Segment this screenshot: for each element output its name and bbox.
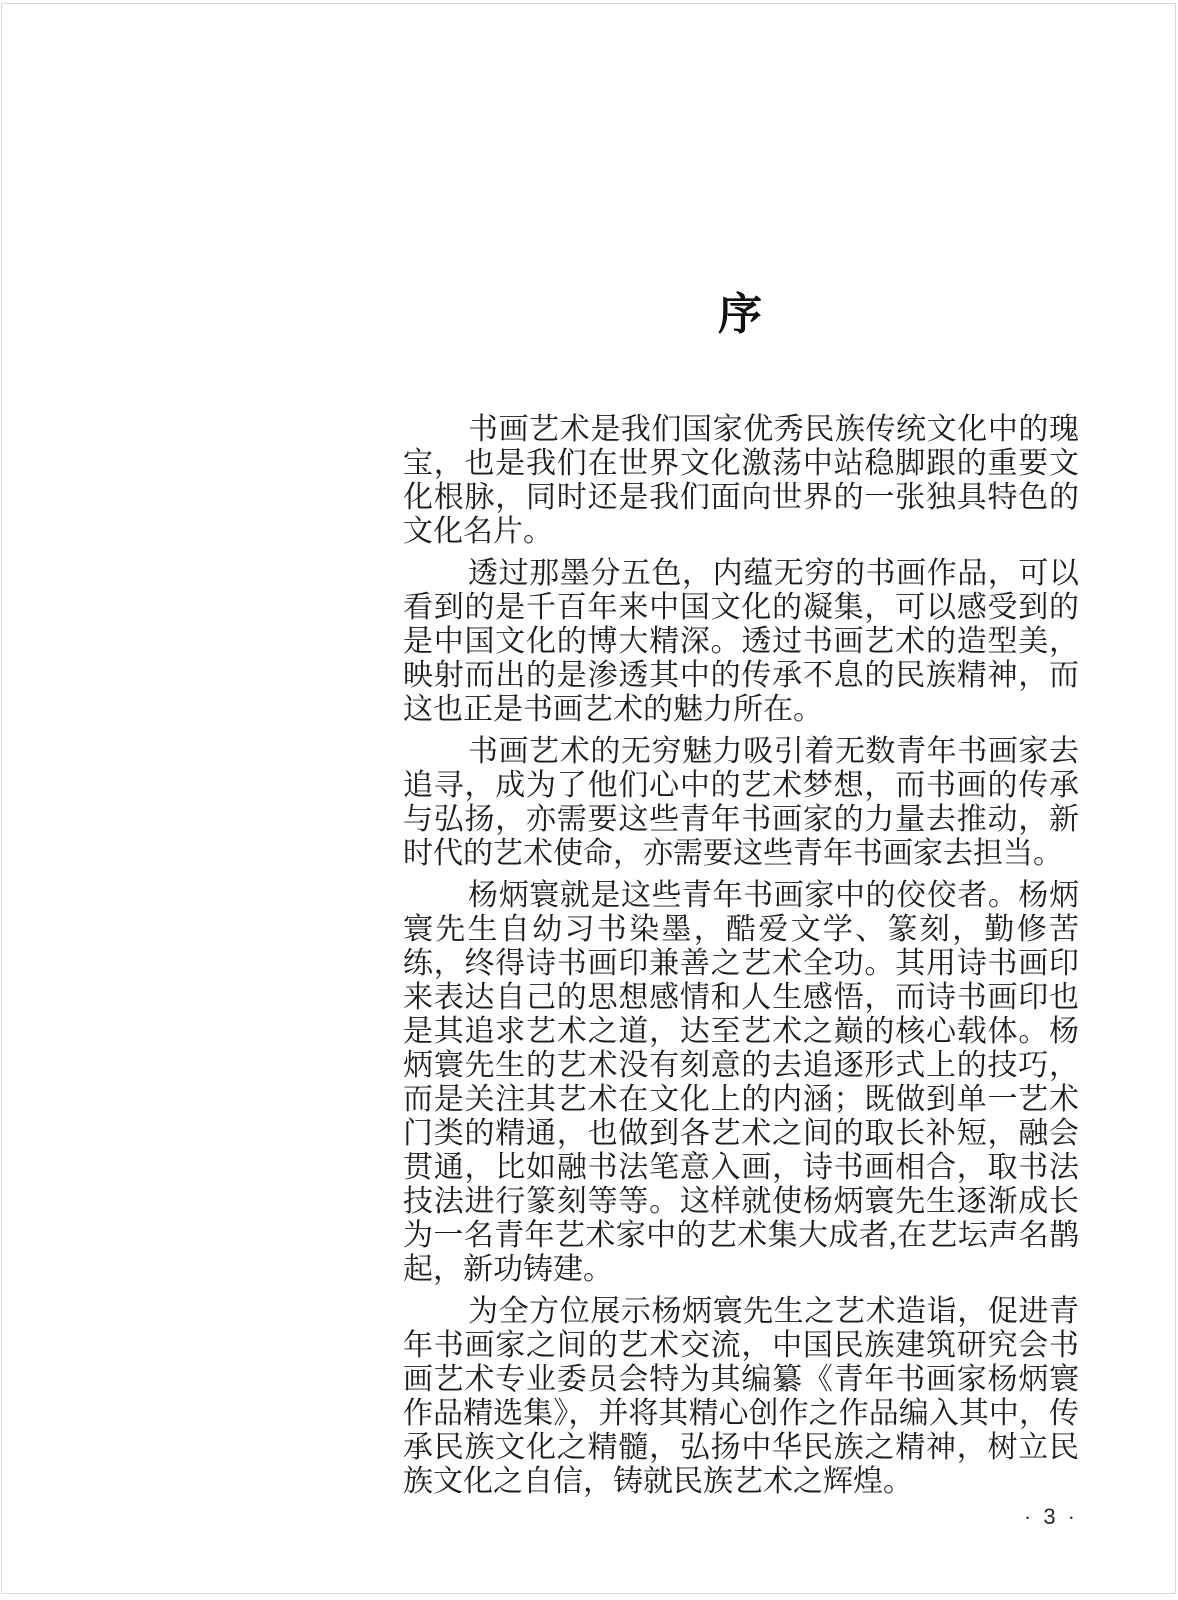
preface-paragraph-5: 为全方位展示杨炳寰先生之艺术造诣，促进青年书画家之间的艺术交流，中国民族建筑研究… xyxy=(403,1295,1079,1499)
preface-paragraph-2: 透过那墨分五色，内蕴无穷的书画作品，可以看到的是千百年来中国文化的凝集，可以感受… xyxy=(403,557,1079,727)
preface-paragraph-3: 书画艺术的无穷魅力吸引着无数青年书画家去追寻，成为了他们心中的艺术梦想，而书画的… xyxy=(403,735,1079,871)
content-column: 序 书画艺术是我们国家优秀民族传统文化中的瑰宝，也是我们在世界文化激荡中站稳脚跟… xyxy=(403,0,1079,1507)
page-number: · 3 · xyxy=(1024,1505,1078,1529)
page-title: 序 xyxy=(403,289,1079,341)
preface-paragraph-1: 书画艺术是我们国家优秀民族传统文化中的瑰宝，也是我们在世界文化激荡中站稳脚跟的重… xyxy=(403,413,1079,549)
preface-body: 书画艺术是我们国家优秀民族传统文化中的瑰宝，也是我们在世界文化激荡中站稳脚跟的重… xyxy=(403,413,1079,1499)
preface-paragraph-4: 杨炳寰就是这些青年书画家中的佼佼者。杨炳寰先生自幼习书染墨，酷爱文学、篆刻，勤修… xyxy=(403,879,1079,1287)
book-page: 序 书画艺术是我们国家优秀民族传统文化中的瑰宝，也是我们在世界文化激荡中站稳脚跟… xyxy=(0,0,1178,1600)
